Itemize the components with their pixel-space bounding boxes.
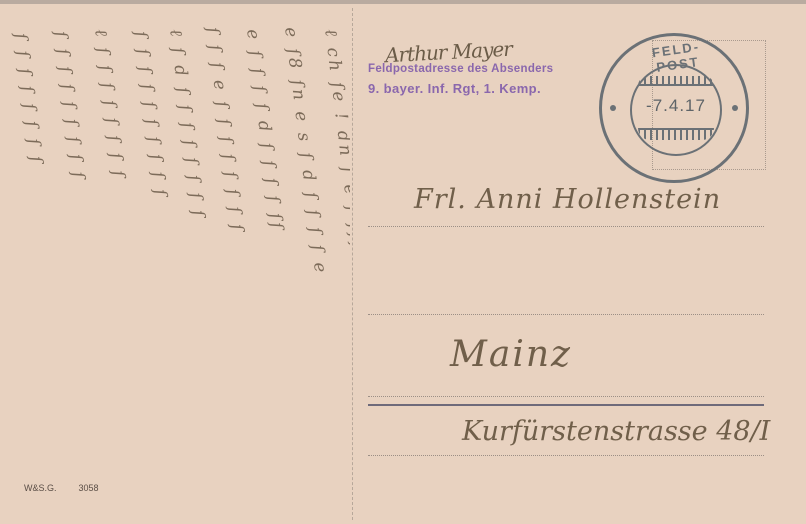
- address-line-2: [368, 314, 764, 315]
- postmark-date: -7.4.17: [632, 96, 720, 116]
- address-underline: [368, 404, 764, 406]
- recipient-city: Mainz: [450, 334, 572, 375]
- postcard: ℓ ch ſe ! dn ſ e ſ ſſſ e ſ8 ſn e s ſ d ſ…: [0, 0, 806, 524]
- postmark-inner-ring: -7.4.17: [630, 64, 722, 156]
- postmark-dot-icon: [610, 105, 616, 111]
- postmark-dot-icon: [732, 105, 738, 111]
- handwritten-line: ſ ſ ſ ſ ſ ſ ſ ſ ſ: [50, 30, 88, 182]
- handwritten-line: ſ ſ ſ ſ ſ ſ ſ ſ ſ ſ: [130, 30, 170, 200]
- address-line-3: [368, 396, 764, 397]
- postmark: FELD-POST -7.4.17: [599, 33, 749, 183]
- vertical-divider: [352, 8, 354, 520]
- handwritten-line: e ſ8 ſn e s ſ d ſ ſ ſ ſ e: [280, 26, 330, 277]
- handwritten-line: ℓ ch ſe ! dn ſ e ſ ſſſ: [320, 28, 350, 252]
- handwritten-line: ſ ſ ſ e ſ ſ ſ ſ ſ ſ ſ ſ: [202, 26, 247, 235]
- scan-top-edge: [0, 0, 806, 4]
- printer-mark: W&S.G.3058: [24, 483, 99, 493]
- handwritten-line: ℓ ſ d ſ ſ ſ ſ ſ ſ ſ ſ: [165, 28, 208, 221]
- unit-stamp: Feldpostadresse des Absenders 9. bayer. …: [368, 60, 553, 98]
- handwritten-line: ſ ſ ſ ſ ſ ſ ſ ſ: [10, 32, 46, 167]
- handwritten-line: e ſ ſ ſ ſ d ſ ſ ſ ſ ſſ: [242, 28, 287, 233]
- postmark-hatch-top: [638, 76, 714, 86]
- address-line-4: [368, 455, 764, 456]
- message-area: ℓ ch ſe ! dn ſ e ſ ſſſ e ſ8 ſn e s ſ d ſ…: [0, 8, 350, 524]
- address-line-1: [368, 226, 764, 227]
- recipient-street: Kurfürstenstrasse 48/I: [462, 416, 770, 447]
- unit-stamp-line1: Feldpostadresse des Absenders: [368, 60, 553, 79]
- handwritten-line: ℓ ſ ſ ſ ſ ſ ſ ſ ſ: [90, 28, 128, 181]
- printer-number: 3058: [79, 483, 99, 493]
- postmark-hatch-bottom: [638, 128, 714, 140]
- printer-initials: W&S.G.: [24, 483, 57, 493]
- unit-stamp-line2: 9. bayer. Inf. Rgt, 1. Kemp.: [368, 79, 553, 98]
- recipient-name: Frl. Anni Hollenstein: [414, 184, 721, 215]
